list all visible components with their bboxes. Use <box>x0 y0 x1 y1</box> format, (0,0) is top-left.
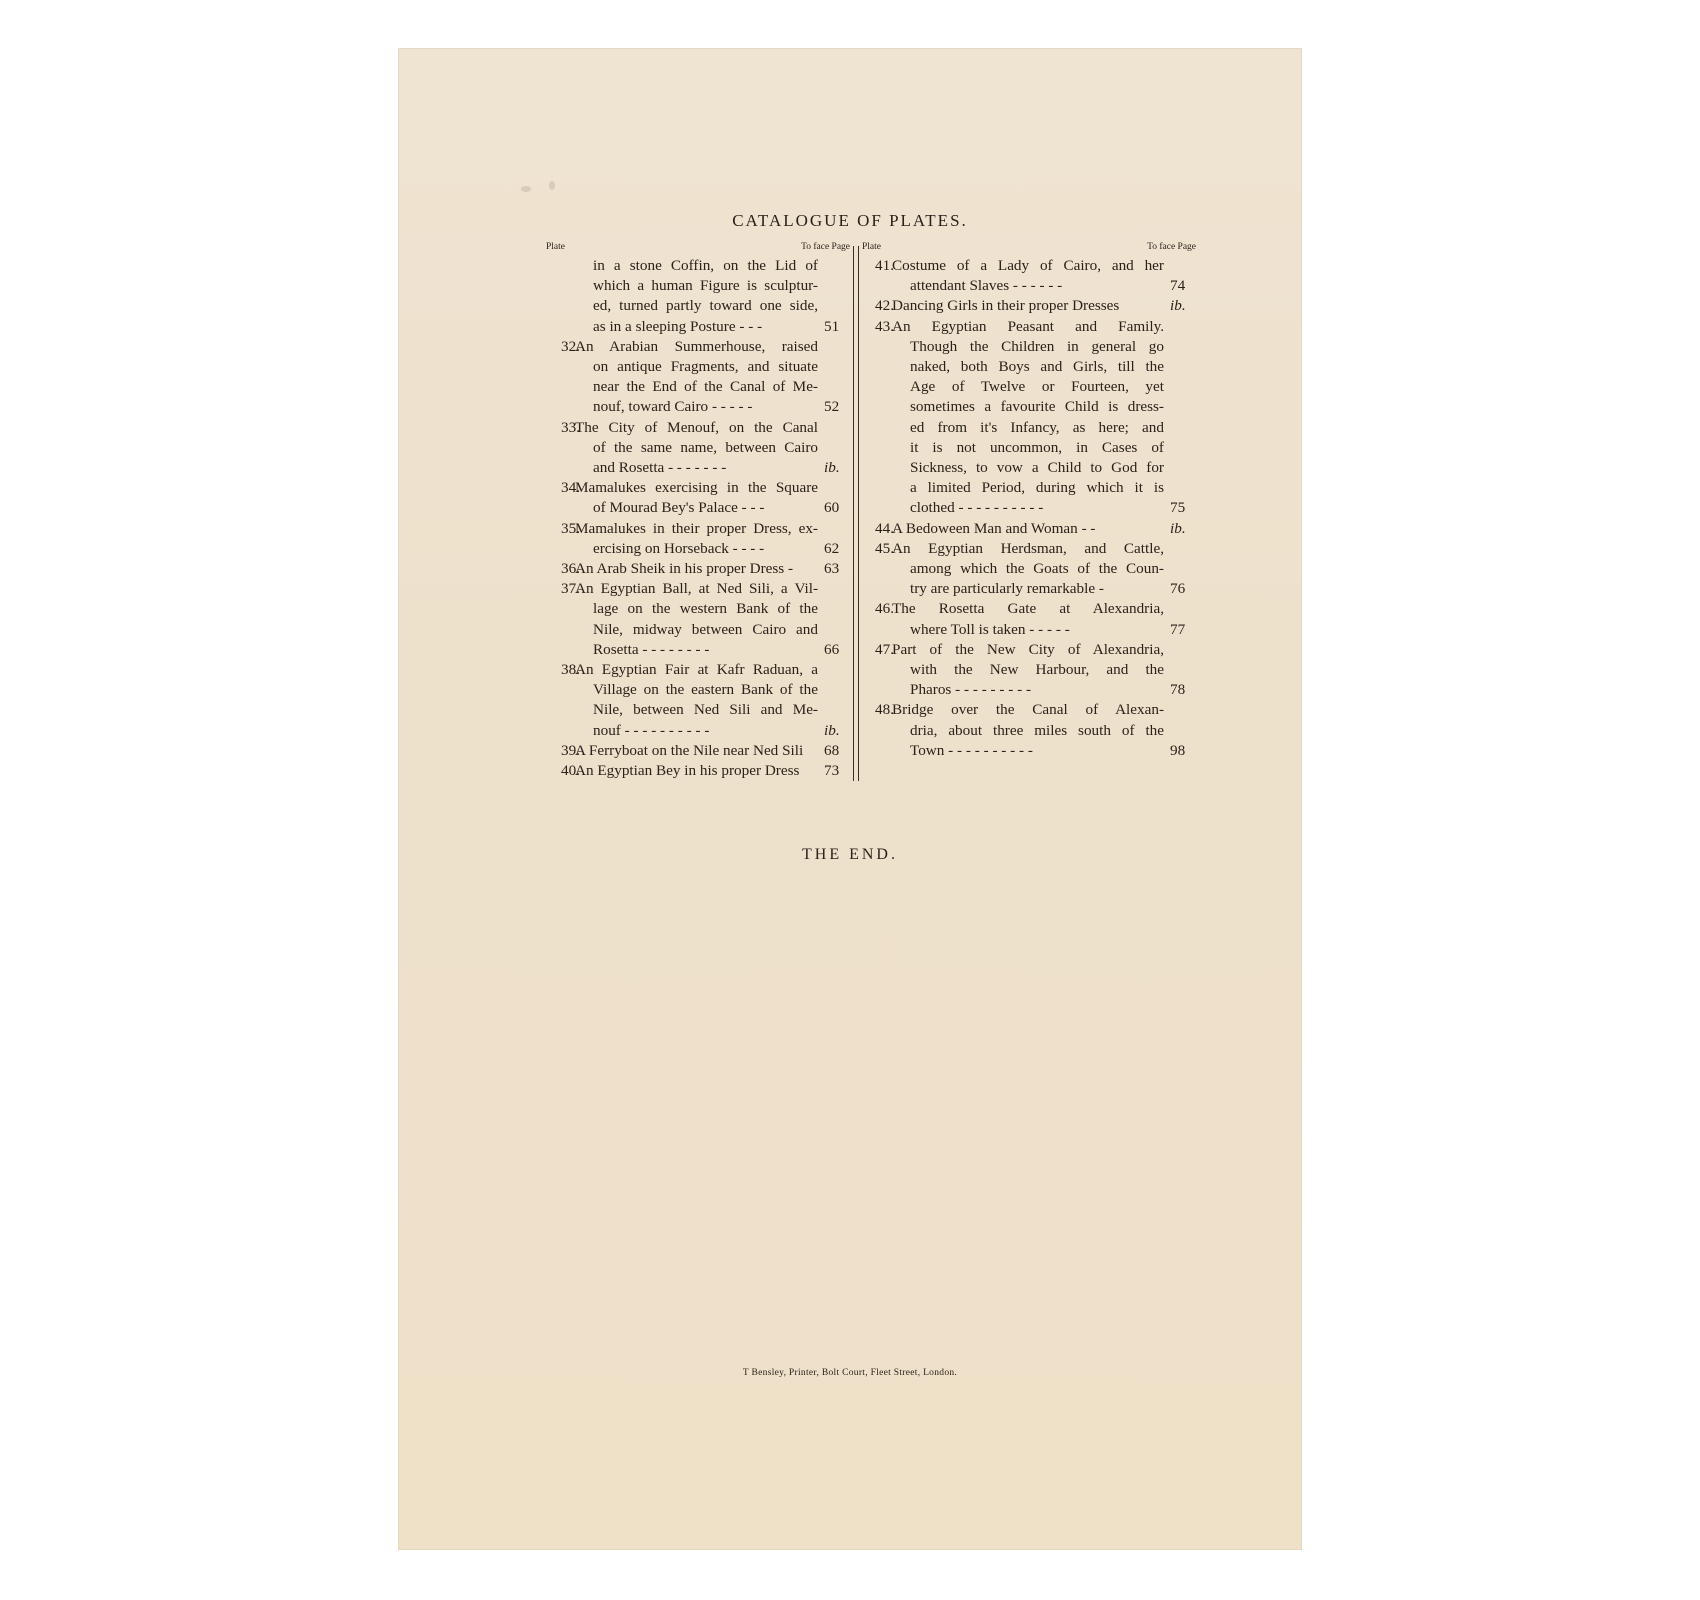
plate-description-line: clothed - - - - - - - - - - <box>910 498 1164 518</box>
column-divider-rule <box>853 246 859 781</box>
facing-page-number: 63 <box>824 559 850 579</box>
catalogue-column-left: Plate To face Page in a stone Coffin, on… <box>546 242 850 781</box>
plate-description-line: ed, turned partly toward one side, <box>593 296 818 316</box>
plate-number: 48. <box>862 700 894 720</box>
catalogue-column-right: Plate To face Page 41.Costume of a Lady … <box>862 242 1196 761</box>
plate-entry: 48.Bridge over the Canal of Alexan-dria,… <box>862 700 1196 761</box>
plate-description-line: ercising on Horseback - - - - <box>593 539 818 559</box>
facing-page-number: ib. <box>1170 296 1196 316</box>
printer-imprint: T Bensley, Printer, Bolt Court, Fleet St… <box>399 1368 1301 1378</box>
plate-entry: 40.An Egyptian Bey in his proper Dress73 <box>546 761 850 781</box>
plate-entry: in a stone Coffin, on the Lid ofwhich a … <box>546 256 850 337</box>
plate-entry: 36.An Arab Sheik in his proper Dress -63 <box>546 559 850 579</box>
plate-description-line: Mamalukes exercising in the Square <box>575 478 818 498</box>
plate-header: Plate <box>546 242 565 252</box>
plate-description-line: among which the Goats of the Coun- <box>910 559 1164 579</box>
to-face-page-header: To face Page <box>801 242 850 252</box>
plate-description-line: sometimes a favourite Child is dress- <box>910 397 1164 417</box>
facing-page-number: 74 <box>1170 276 1196 296</box>
plate-description-line: An Egyptian Peasant and Family. <box>892 317 1164 337</box>
plate-description-line: with the New Harbour, and the <box>910 660 1164 680</box>
plate-number: 44. <box>862 519 894 539</box>
plate-description-line: An Arab Sheik in his proper Dress - <box>575 559 818 579</box>
plate-description-line: Bridge over the Canal of Alexan- <box>892 700 1164 720</box>
page-title: CATALOGUE OF PLATES. <box>399 211 1301 231</box>
plate-number: 33. <box>546 418 580 438</box>
plate-description-line: try are particularly remarkable - <box>910 579 1164 599</box>
plate-number: 40. <box>546 761 580 781</box>
plate-description-line: nouf - - - - - - - - - - <box>593 721 818 741</box>
facing-page-number: 52 <box>824 397 850 417</box>
plate-number: 36. <box>546 559 580 579</box>
plate-description-line: naked, both Boys and Girls, till the <box>910 357 1164 377</box>
plate-number: 42. <box>862 296 894 316</box>
plate-description-line: and Rosetta - - - - - - - <box>593 458 818 478</box>
plate-entry: 41.Costume of a Lady of Cairo, and herat… <box>862 256 1196 296</box>
plate-description-line: Pharos - - - - - - - - - <box>910 680 1164 700</box>
plate-entry: 35.Mamalukes in their proper Dress, ex-e… <box>546 519 850 559</box>
plate-entry: 38.An Egyptian Fair at Kafr Raduan, aVil… <box>546 660 850 741</box>
facing-page-number: ib. <box>824 458 850 478</box>
plate-number: 32. <box>546 337 580 357</box>
plate-description-line: it is not uncommon, in Cases of <box>910 438 1164 458</box>
plate-description-line: Rosetta - - - - - - - - <box>593 640 818 660</box>
facing-page-number: 76 <box>1170 579 1196 599</box>
plate-description-line: An Egyptian Herdsman, and Cattle, <box>892 539 1164 559</box>
facing-page-number: 75 <box>1170 498 1196 518</box>
plate-description-line: An Egyptian Bey in his proper Dress <box>575 761 818 781</box>
plate-number: 41. <box>862 256 894 276</box>
plate-description-line: Age of Twelve or Fourteen, yet <box>910 377 1164 397</box>
facing-page-number: ib. <box>1170 519 1196 539</box>
plate-description-line: An Arabian Summerhouse, raised <box>575 337 818 357</box>
plate-description-line: a limited Period, during which it is <box>910 478 1164 498</box>
plate-list-left: in a stone Coffin, on the Lid ofwhich a … <box>546 256 850 781</box>
plate-entry: 44.A Bedoween Man and Woman - -ib. <box>862 519 1196 539</box>
plate-description-line: on antique Fragments, and situate <box>593 357 818 377</box>
plate-description-line: Mamalukes in their proper Dress, ex- <box>575 519 818 539</box>
plate-number: 37. <box>546 579 580 599</box>
plate-description-line: A Bedoween Man and Woman - - <box>892 519 1164 539</box>
plate-number: 38. <box>546 660 580 680</box>
plate-description-line: Nile, midway between Cairo and <box>593 620 818 640</box>
facing-page-number: 60 <box>824 498 850 518</box>
facing-page-number: 68 <box>824 741 850 761</box>
plate-entry: 33.The City of Menouf, on the Canalof th… <box>546 418 850 479</box>
facing-page-number: 98 <box>1170 741 1196 761</box>
plate-description-line: lage on the western Bank of the <box>593 599 818 619</box>
facing-page-number: 78 <box>1170 680 1196 700</box>
plate-entry: 46.The Rosetta Gate at Alexandria,where … <box>862 599 1196 639</box>
plate-number: 39. <box>546 741 580 761</box>
plate-description-line: in a stone Coffin, on the Lid of <box>593 256 818 276</box>
plate-entry: 45.An Egyptian Herdsman, and Cattle,amon… <box>862 539 1196 600</box>
facing-page-number: 51 <box>824 317 850 337</box>
plate-description-line: The City of Menouf, on the Canal <box>575 418 818 438</box>
book-page: CATALOGUE OF PLATES. Plate To face Page … <box>399 49 1301 1549</box>
plate-list-right: 41.Costume of a Lady of Cairo, and herat… <box>862 256 1196 761</box>
facing-page-number: 62 <box>824 539 850 559</box>
column-header: Plate To face Page <box>546 242 850 256</box>
plate-description-line: An Egyptian Fair at Kafr Raduan, a <box>575 660 818 680</box>
plate-description-line: as in a sleeping Posture - - - <box>593 317 818 337</box>
plate-description-line: which a human Figure is sculptur- <box>593 276 818 296</box>
plate-description-line: Costume of a Lady of Cairo, and her <box>892 256 1164 276</box>
plate-description-line: Village on the eastern Bank of the <box>593 680 818 700</box>
plate-description-line: Dancing Girls in their proper Dresses <box>892 296 1164 316</box>
plate-entry: 37.An Egyptian Ball, at Ned Sili, a Vil-… <box>546 579 850 660</box>
plate-description-line: An Egyptian Ball, at Ned Sili, a Vil- <box>575 579 818 599</box>
plate-entry: 34.Mamalukes exercising in the Squareof … <box>546 478 850 518</box>
column-header: Plate To face Page <box>862 242 1196 256</box>
plate-description-line: of Mourad Bey's Palace - - - <box>593 498 818 518</box>
plate-description-line: nouf, toward Cairo - - - - - <box>593 397 818 417</box>
plate-description-line: A Ferryboat on the Nile near Ned Sili <box>575 741 818 761</box>
paper-smudge <box>549 181 555 190</box>
plate-number: 46. <box>862 599 894 619</box>
plate-description-line: Town - - - - - - - - - - <box>910 741 1164 761</box>
plate-entry: 43.An Egyptian Peasant and Family.Though… <box>862 317 1196 519</box>
plate-description-line: ed from it's Infancy, as here; and <box>910 418 1164 438</box>
plate-description-line: Nile, between Ned Sili and Me- <box>593 700 818 720</box>
paper-smudge <box>521 186 531 192</box>
plate-description-line: near the End of the Canal of Me- <box>593 377 818 397</box>
plate-entry: 39.A Ferryboat on the Nile near Ned Sili… <box>546 741 850 761</box>
plate-description-line: Sickness, to vow a Child to God for <box>910 458 1164 478</box>
plate-description-line: Though the Children in general go <box>910 337 1164 357</box>
plate-entry: 32.An Arabian Summerhouse, raisedon anti… <box>546 337 850 418</box>
facing-page-number: ib. <box>824 721 850 741</box>
plate-description-line: Part of the New City of Alexandria, <box>892 640 1164 660</box>
plate-description-line: where Toll is taken - - - - - <box>910 620 1164 640</box>
facing-page-number: 77 <box>1170 620 1196 640</box>
plate-number: 34. <box>546 478 580 498</box>
plate-description-line: dria, about three miles south of the <box>910 721 1164 741</box>
plate-number: 45. <box>862 539 894 559</box>
closing-text: THE END. <box>399 846 1301 864</box>
plate-description-line: of the same name, between Cairo <box>593 438 818 458</box>
to-face-page-header: To face Page <box>1147 242 1196 252</box>
plate-description-line: The Rosetta Gate at Alexandria, <box>892 599 1164 619</box>
plate-number: 35. <box>546 519 580 539</box>
facing-page-number: 73 <box>824 761 850 781</box>
plate-header: Plate <box>862 242 881 252</box>
plate-entry: 42.Dancing Girls in their proper Dresses… <box>862 296 1196 316</box>
plate-entry: 47.Part of the New City of Alexandria,wi… <box>862 640 1196 701</box>
facing-page-number: 66 <box>824 640 850 660</box>
plate-number: 47. <box>862 640 894 660</box>
plate-description-line: attendant Slaves - - - - - - <box>910 276 1164 296</box>
plate-number: 43. <box>862 317 894 337</box>
